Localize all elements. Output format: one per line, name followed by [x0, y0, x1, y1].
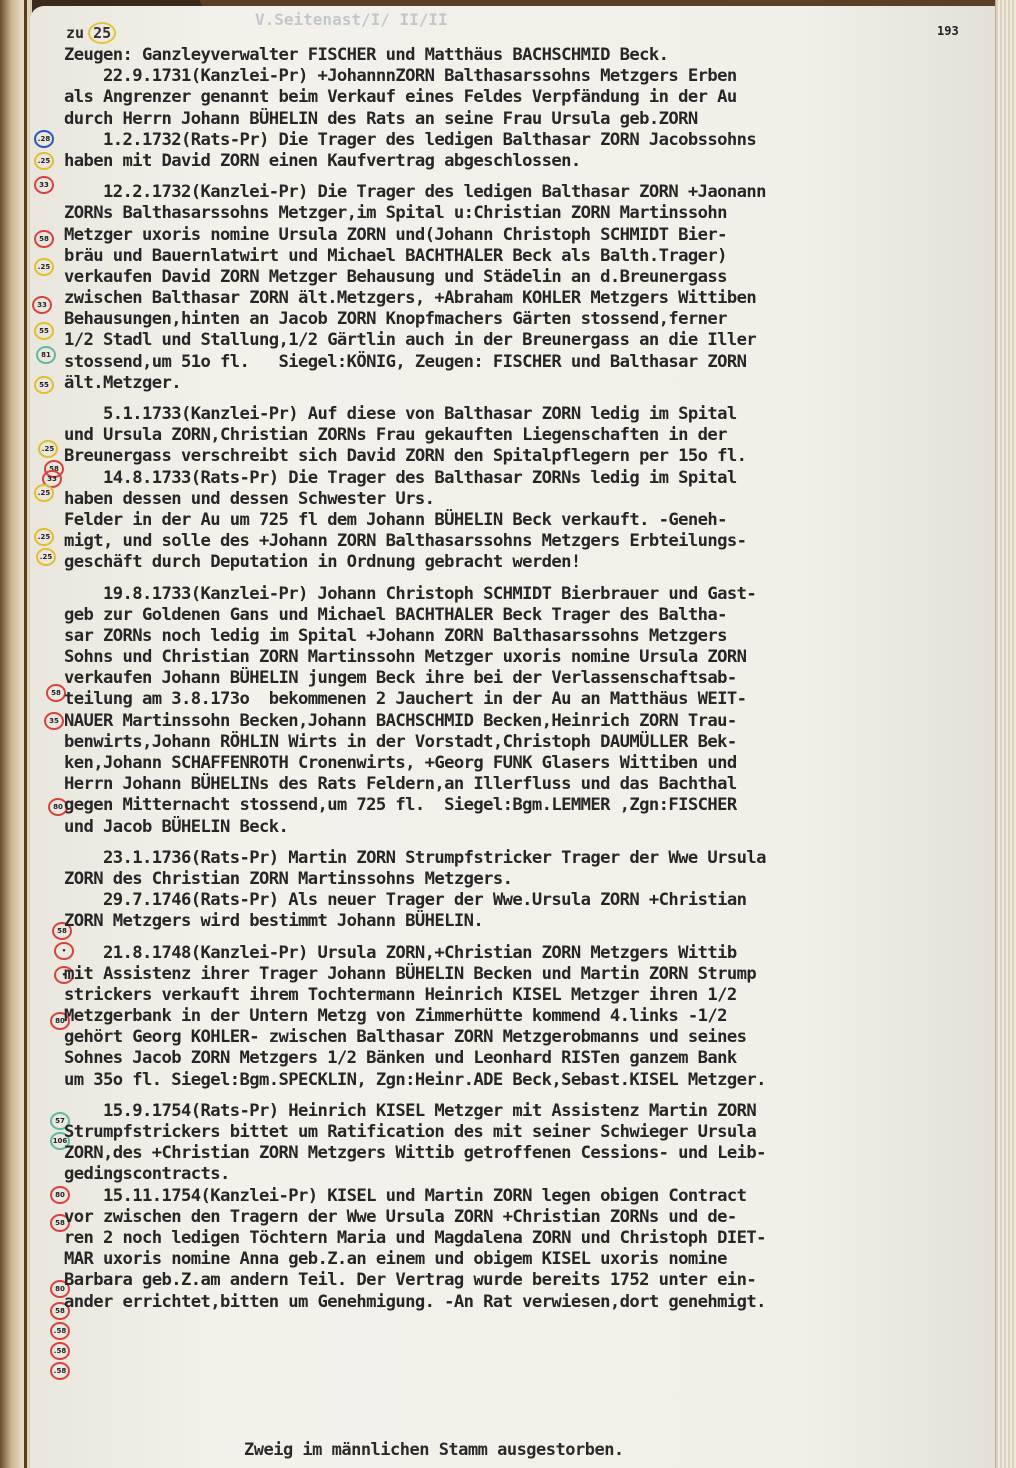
text-line: um 35o fl. Siegel:Bgm.SPECKLIN, Zgn:Hein… [64, 1070, 984, 1091]
margin-circle-mark: 33 [34, 176, 54, 194]
text-line: 12.2.1732(Kanzlei-Pr) Die Trager des led… [64, 182, 984, 203]
text-line: 1/2 Stadl und Stallung,1/2 Gärtlin auch … [64, 330, 984, 351]
margin-circle-mark: .58 [50, 1322, 70, 1340]
margin-circle-mark: 55 [34, 322, 54, 340]
margin-circle-mark: .25 [36, 548, 56, 566]
text-line: geb zur Goldenen Gans und Michael BACHTH… [64, 605, 984, 626]
text-line: ZORN Metzgers wird bestimmt Johann BÜHEL… [64, 911, 984, 932]
text-line: Barbara geb.Z.am andern Teil. Der Vertra… [64, 1270, 984, 1291]
text-line [64, 838, 984, 848]
margin-circle-mark: .28 [34, 130, 54, 148]
text-line: sar ZORNs noch ledig im Spital +Johann Z… [64, 626, 984, 647]
text-line: Breunergass verschreibt sich David ZORN … [64, 446, 984, 467]
text-line: haben dessen und dessen Schwester Urs. [64, 489, 984, 510]
text-line: Strumpfstrickers bittet um Ratification … [64, 1122, 984, 1143]
text-line: ZORN,des +Christian ZORN Metzgers Wittib… [64, 1143, 984, 1164]
margin-circle-mark: .25 [34, 484, 54, 502]
text-line: strickers verkauft ihrem Tochtermann Hei… [64, 985, 984, 1006]
book-spine [0, 0, 32, 1468]
text-line: als Angrenzer genannt beim Verkauf eines… [64, 87, 984, 108]
spine-edge [24, 0, 27, 1468]
text-line: 29.7.1746(Rats-Pr) Als neuer Trager der … [64, 890, 984, 911]
text-line: Felder in der Au um 725 fl dem Johann BÜ… [64, 510, 984, 531]
text-line [64, 394, 984, 404]
text-line: bräu und Bauernlatwirt und Michael BACHT… [64, 246, 984, 267]
text-line: Metzger uxoris nomine Ursula ZORN und(Jo… [64, 225, 984, 246]
text-line: durch Herrn Johann BÜHELIN des Rats an s… [64, 109, 984, 130]
margin-circle-mark: 33 [32, 296, 52, 314]
text-line: ZORNs Balthasarssohns Metzger,im Spital … [64, 203, 984, 224]
text-line: Behausungen,hinten an Jacob ZORN Knopfma… [64, 309, 984, 330]
folio-number: 193 [937, 24, 959, 38]
text-line: und Ursula ZORN,Christian ZORNs Frau gek… [64, 425, 984, 446]
text-line: 5.1.1733(Kanzlei-Pr) Auf diese von Balth… [64, 404, 984, 425]
text-line [64, 574, 984, 584]
margin-circle-mark: 35 [44, 712, 64, 730]
margin-circle-mark: 58 [46, 684, 66, 702]
text-line: migt, und solle des +Johann ZORN Balthas… [64, 531, 984, 552]
text-line: ken,Johann SCHAFFENROTH Cronenwirts, +Ge… [64, 753, 984, 774]
text-line: ander errichtet,bitten um Genehmigung. -… [64, 1292, 984, 1313]
text-line: Sohnes Jacob ZORN Metzgers 1/2 Bänken un… [64, 1048, 984, 1069]
text-line: gegen Mitternacht stossend,um 725 fl. Si… [64, 795, 984, 816]
bleed-through-header: V.Seitenast/I/ II/II [255, 10, 448, 29]
text-line: 1.2.1732(Rats-Pr) Die Trager des ledigen… [64, 130, 984, 151]
text-line: 22.9.1731(Kanzlei-Pr) +JohannnZORN Balth… [64, 66, 984, 87]
text-line: benwirts,Johann RÖHLIN Wirts in der Vors… [64, 732, 984, 753]
text-line: 15.11.1754(Kanzlei-Pr) KISEL und Martin … [64, 1186, 984, 1207]
margin-circle-mark: .25 [34, 258, 54, 276]
text-line: MAR uxoris nomine Anna geb.Z.an einem un… [64, 1249, 984, 1270]
text-line: 19.8.1733(Kanzlei-Pr) Johann Christoph S… [64, 584, 984, 605]
margin-circle-mark: .25 [38, 440, 58, 458]
typewritten-body: Zeugen: Ganzleyverwalter FISCHER und Mat… [64, 45, 984, 1313]
text-line [64, 1091, 984, 1101]
text-line: NAUER Martinssohn Becken,Johann BACHSCHM… [64, 711, 984, 732]
text-line: 21.8.1748(Kanzlei-Pr) Ursula ZORN,+Chris… [64, 943, 984, 964]
text-line [64, 933, 984, 943]
margin-circle-mark: 81 [36, 346, 56, 364]
text-line: zwischen Balthasar ZORN ält.Metzgers, +A… [64, 288, 984, 309]
text-line: vor zwischen den Tragern der Wwe Ursula … [64, 1207, 984, 1228]
text-line: verkaufen David ZORN Metzger Behausung u… [64, 267, 984, 288]
text-line: Sohns und Christian ZORN Martinssohn Met… [64, 647, 984, 668]
text-line: ZORN des Christian ZORN Martinssohns Met… [64, 869, 984, 890]
text-line: 23.1.1736(Rats-Pr) Martin ZORN Strumpfst… [64, 848, 984, 869]
text-line: 14.8.1733(Rats-Pr) Die Trager des Baltha… [64, 468, 984, 489]
text-line: und Jacob BÜHELIN Beck. [64, 817, 984, 838]
reference-header: zu25 [66, 22, 116, 44]
margin-circle-mark: .25 [34, 528, 54, 546]
text-line: teilung am 3.8.173o bekommenen 2 Jaucher… [64, 689, 984, 710]
text-line: ält.Metzger. [64, 373, 984, 394]
margin-circle-mark: 55 [34, 376, 54, 394]
page-stack-edges [995, 0, 1016, 1468]
margin-annotations: .28.253358.2533558155.255833.25.25.25583… [30, 0, 64, 1468]
text-line: Herrn Johann BÜHELINs des Rats Feldern,a… [64, 774, 984, 795]
text-line: 15.9.1754(Rats-Pr) Heinrich KISEL Metzge… [64, 1101, 984, 1122]
closing-note: Zweig im männlichen Stamm ausgestorben. [244, 1440, 624, 1460]
reference-prefix: zu [66, 24, 84, 42]
text-line: stossend,um 51o fl. Siegel:KÖNIG, Zeugen… [64, 352, 984, 373]
margin-circle-mark: 58 [34, 230, 54, 248]
text-line: Metzgerbank in der Untern Metzg von Zimm… [64, 1006, 984, 1027]
text-line: verkaufen Johann BÜHELIN jungem Beck ihr… [64, 668, 984, 689]
text-line: mit Assistenz ihrer Trager Johann BÜHELI… [64, 964, 984, 985]
text-line: geschäft durch Deputation in Ordnung geb… [64, 552, 984, 573]
text-line: gehört Georg KOHLER- zwischen Balthasar … [64, 1027, 984, 1048]
text-line: ren 2 noch ledigen Töchtern Maria und Ma… [64, 1228, 984, 1249]
margin-circle-mark: .58 [50, 1362, 70, 1380]
margin-circle-mark: .58 [50, 1342, 70, 1360]
text-line: Zeugen: Ganzleyverwalter FISCHER und Mat… [64, 45, 984, 66]
text-line: haben mit David ZORN einen Kaufvertrag a… [64, 151, 984, 172]
reference-number: 25 [88, 22, 116, 44]
margin-circle-mark: .25 [34, 152, 54, 170]
text-line: gedingscontracts. [64, 1164, 984, 1185]
text-line [64, 172, 984, 182]
